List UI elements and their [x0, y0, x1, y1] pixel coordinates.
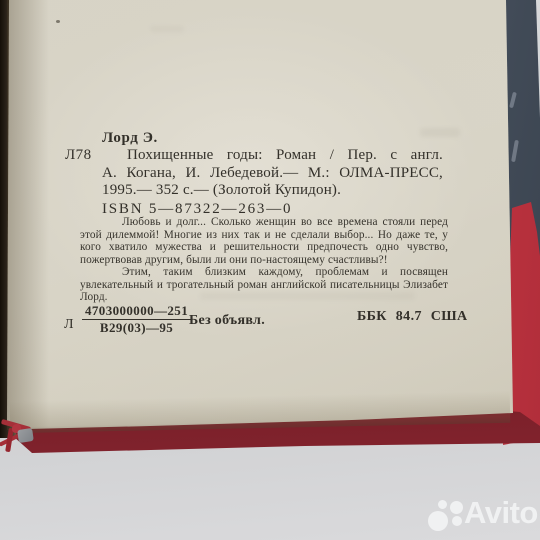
annotation-paragraph-2: Этим, таким близким каждому, проблемам и…: [80, 266, 448, 304]
catalog-fraction: 4703000000—251 В29(03)—95: [82, 304, 191, 334]
library-index-code: Л78: [65, 147, 92, 164]
catalog-denominator: В29(03)—95: [82, 320, 191, 334]
avito-logo-circle-icon: [450, 501, 463, 514]
avito-logo-circle-icon: [452, 516, 462, 526]
avito-watermark-label: Avito: [464, 495, 538, 531]
biblio-line-title: Похищенные годы: Роман / Пер. с англ.: [102, 147, 443, 165]
annotation-paragraph-1: Любовь и долг... Сколько женщин во все в…: [80, 216, 448, 266]
avito-watermark: Avito: [424, 494, 540, 538]
catalog-letter: Л: [64, 317, 74, 333]
annotation-block: Любовь и долг... Сколько женщин во все в…: [80, 216, 448, 304]
author-heading: Лорд Э.: [102, 130, 158, 147]
bookmark-ribbon-grey-tab: [17, 428, 34, 443]
no-announcement-note: Без объявл.: [189, 313, 265, 329]
catalog-numerator: 4703000000—251: [82, 304, 191, 320]
biblio-line-year-series: 1995.— 352 с.— (Золотой Купидон).: [102, 182, 443, 200]
avito-logo-circle-icon: [428, 511, 448, 531]
biblio-line-publisher: А. Когана, И. Лебедевой.— М.: ОЛМА-ПРЕСС…: [102, 165, 443, 183]
page-gutter-shadow: [7, 0, 49, 430]
page-showthrough-mark: [150, 26, 184, 32]
avito-logo-circle-icon: [438, 500, 447, 509]
page-showthrough-mark: [420, 128, 460, 137]
bbk-classification: ББК 84.7 США: [357, 309, 468, 325]
book-photo-scene: Лорд Э. Л78 Похищенные годы: Роман / Пер…: [0, 0, 540, 540]
bibliographic-entry: Похищенные годы: Роман / Пер. с англ. А.…: [102, 147, 443, 218]
page-speck: [56, 20, 60, 23]
